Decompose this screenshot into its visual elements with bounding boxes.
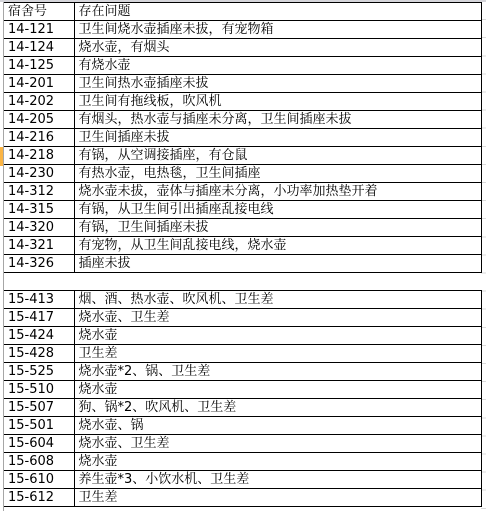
dorm-table-building-14: 宿舍号 存在问题 14-121卫生间烧水壶插座未拔，有宠物箱 14-124烧水壶… (4, 2, 482, 273)
table-row: 15-417烧水壶、卫生差 (4, 309, 481, 327)
header-issue-cell[interactable]: 存在问题 (74, 3, 481, 21)
table-row: 14-205有烟头，热水壶与插座未分离，卫生间插座未拔 (4, 111, 481, 129)
room-cell[interactable]: 15-501 (4, 417, 74, 435)
room-cell[interactable]: 14-315 (4, 201, 74, 219)
issue-cell[interactable]: 烧水壶、卫生差 (74, 435, 481, 453)
header-room-cell[interactable]: 宿舍号 (4, 3, 74, 21)
dorm-table-building-15: 15-413烟、酒、热水壶、吹风机、卫生差 15-417烧水壶、卫生差 15-4… (4, 290, 482, 507)
room-cell[interactable]: 15-424 (4, 327, 74, 345)
room-cell[interactable]: 15-428 (4, 345, 74, 363)
table-row: 14-321有宠物，从卫生间乱接电线，烧水壶 (4, 237, 481, 255)
issue-cell[interactable]: 狗、锅*2、吹风机、卫生差 (74, 399, 481, 417)
table-row: 14-124烧水壶，有烟头 (4, 39, 481, 57)
issue-cell[interactable]: 烧水壶 (74, 381, 481, 399)
room-cell[interactable]: 15-525 (4, 363, 74, 381)
table-row: 14-320有锅，卫生间插座未拔 (4, 219, 481, 237)
issue-cell[interactable]: 有锅，从空调接插座，有仓鼠 (74, 147, 481, 165)
room-cell[interactable]: 14-205 (4, 111, 74, 129)
issue-cell[interactable]: 有锅，卫生间插座未拔 (74, 219, 481, 237)
table-row: 14-121卫生间烧水壶插座未拔，有宠物箱 (4, 21, 481, 39)
issue-cell[interactable]: 卫生差 (74, 489, 481, 507)
room-cell[interactable]: 15-612 (4, 489, 74, 507)
table-row: 14-326插座未拔 (4, 255, 481, 273)
room-cell[interactable]: 15-417 (4, 309, 74, 327)
room-cell[interactable]: 14-216 (4, 129, 74, 147)
issue-cell[interactable]: 烧水壶 (74, 327, 481, 345)
table-row: 15-424烧水壶 (4, 327, 481, 345)
room-cell[interactable]: 14-121 (4, 21, 74, 39)
table-row: 15-612卫生差 (4, 489, 481, 507)
table-row: 14-312烧水壶未拔，壶体与插座未分离，小功率加热垫开着 (4, 183, 481, 201)
room-cell[interactable]: 15-413 (4, 291, 74, 309)
room-cell[interactable]: 15-604 (4, 435, 74, 453)
issue-cell[interactable]: 有宠物，从卫生间乱接电线，烧水壶 (74, 237, 481, 255)
room-cell[interactable]: 14-230 (4, 165, 74, 183)
table-row: 14-125有烧水壶 (4, 57, 481, 75)
table-row: 15-608烧水壶 (4, 453, 481, 471)
room-cell[interactable]: 14-201 (4, 75, 74, 93)
room-cell[interactable]: 14-218 (4, 147, 74, 165)
table-row: 15-413烟、酒、热水壶、吹风机、卫生差 (4, 291, 481, 309)
header-row: 宿舍号 存在问题 (4, 3, 481, 21)
issue-cell[interactable]: 卫生间热水壶插座未拔 (74, 75, 481, 93)
room-cell[interactable]: 14-124 (4, 39, 74, 57)
issue-cell[interactable]: 烧水壶、卫生差 (74, 309, 481, 327)
room-cell[interactable]: 14-321 (4, 237, 74, 255)
room-cell[interactable]: 14-202 (4, 93, 74, 111)
issue-cell[interactable]: 烧水壶，有烟头 (74, 39, 481, 57)
right-gridline-stubs (481, 2, 486, 511)
issue-cell[interactable]: 有热水壶，电热毯，卫生间插座 (74, 165, 481, 183)
issue-cell[interactable]: 卫生间烧水壶插座未拔，有宠物箱 (74, 21, 481, 39)
table-row: 15-525烧水壶*2、锅、卫生差 (4, 363, 481, 381)
table-row: 15-501烧水壶、锅 (4, 417, 481, 435)
spreadsheet: 宿舍号 存在问题 14-121卫生间烧水壶插座未拔，有宠物箱 14-124烧水壶… (0, 0, 486, 511)
issue-cell[interactable]: 烟、酒、热水壶、吹风机、卫生差 (74, 291, 481, 309)
issue-cell[interactable]: 烧水壶未拔，壶体与插座未分离，小功率加热垫开着 (74, 183, 481, 201)
room-cell[interactable]: 14-326 (4, 255, 74, 273)
table-row: 14-201卫生间热水壶插座未拔 (4, 75, 481, 93)
table-row: 14-315有锅，从卫生间引出插座乱接电线 (4, 201, 481, 219)
table-row: 15-507狗、锅*2、吹风机、卫生差 (4, 399, 481, 417)
table-row: 15-428卫生差 (4, 345, 481, 363)
issue-cell[interactable]: 有烧水壶 (74, 57, 481, 75)
table-row: 14-202卫生间有拖线板，吹风机 (4, 93, 481, 111)
issue-cell[interactable]: 卫生间有拖线板，吹风机 (74, 93, 481, 111)
row-highlight-marker (0, 147, 3, 166)
room-cell[interactable]: 14-320 (4, 219, 74, 237)
issue-cell[interactable]: 卫生差 (74, 345, 481, 363)
issue-cell[interactable]: 卫生间插座未拔 (74, 129, 481, 147)
issue-cell[interactable]: 烧水壶、锅 (74, 417, 481, 435)
issue-cell[interactable]: 插座未拔 (74, 255, 481, 273)
issue-cell[interactable]: 有锅，从卫生间引出插座乱接电线 (74, 201, 481, 219)
room-cell[interactable]: 15-510 (4, 381, 74, 399)
issue-cell[interactable]: 有烟头，热水壶与插座未分离，卫生间插座未拔 (74, 111, 481, 129)
room-cell[interactable]: 14-125 (4, 57, 74, 75)
room-cell[interactable]: 15-608 (4, 453, 74, 471)
room-cell[interactable]: 15-610 (4, 471, 74, 489)
table-row: 15-510烧水壶 (4, 381, 481, 399)
room-cell[interactable]: 14-312 (4, 183, 74, 201)
room-cell[interactable]: 15-507 (4, 399, 74, 417)
table-row: 15-610养生壶*3、小饮水机、卫生差 (4, 471, 481, 489)
issue-cell[interactable]: 养生壶*3、小饮水机、卫生差 (74, 471, 481, 489)
table-row: 14-216卫生间插座未拔 (4, 129, 481, 147)
table-row: 15-604烧水壶、卫生差 (4, 435, 481, 453)
table-row: 14-218有锅，从空调接插座，有仓鼠 (4, 147, 481, 165)
issue-cell[interactable]: 烧水壶 (74, 453, 481, 471)
issue-cell[interactable]: 烧水壶*2、锅、卫生差 (74, 363, 481, 381)
table-row: 14-230有热水壶，电热毯，卫生间插座 (4, 165, 481, 183)
